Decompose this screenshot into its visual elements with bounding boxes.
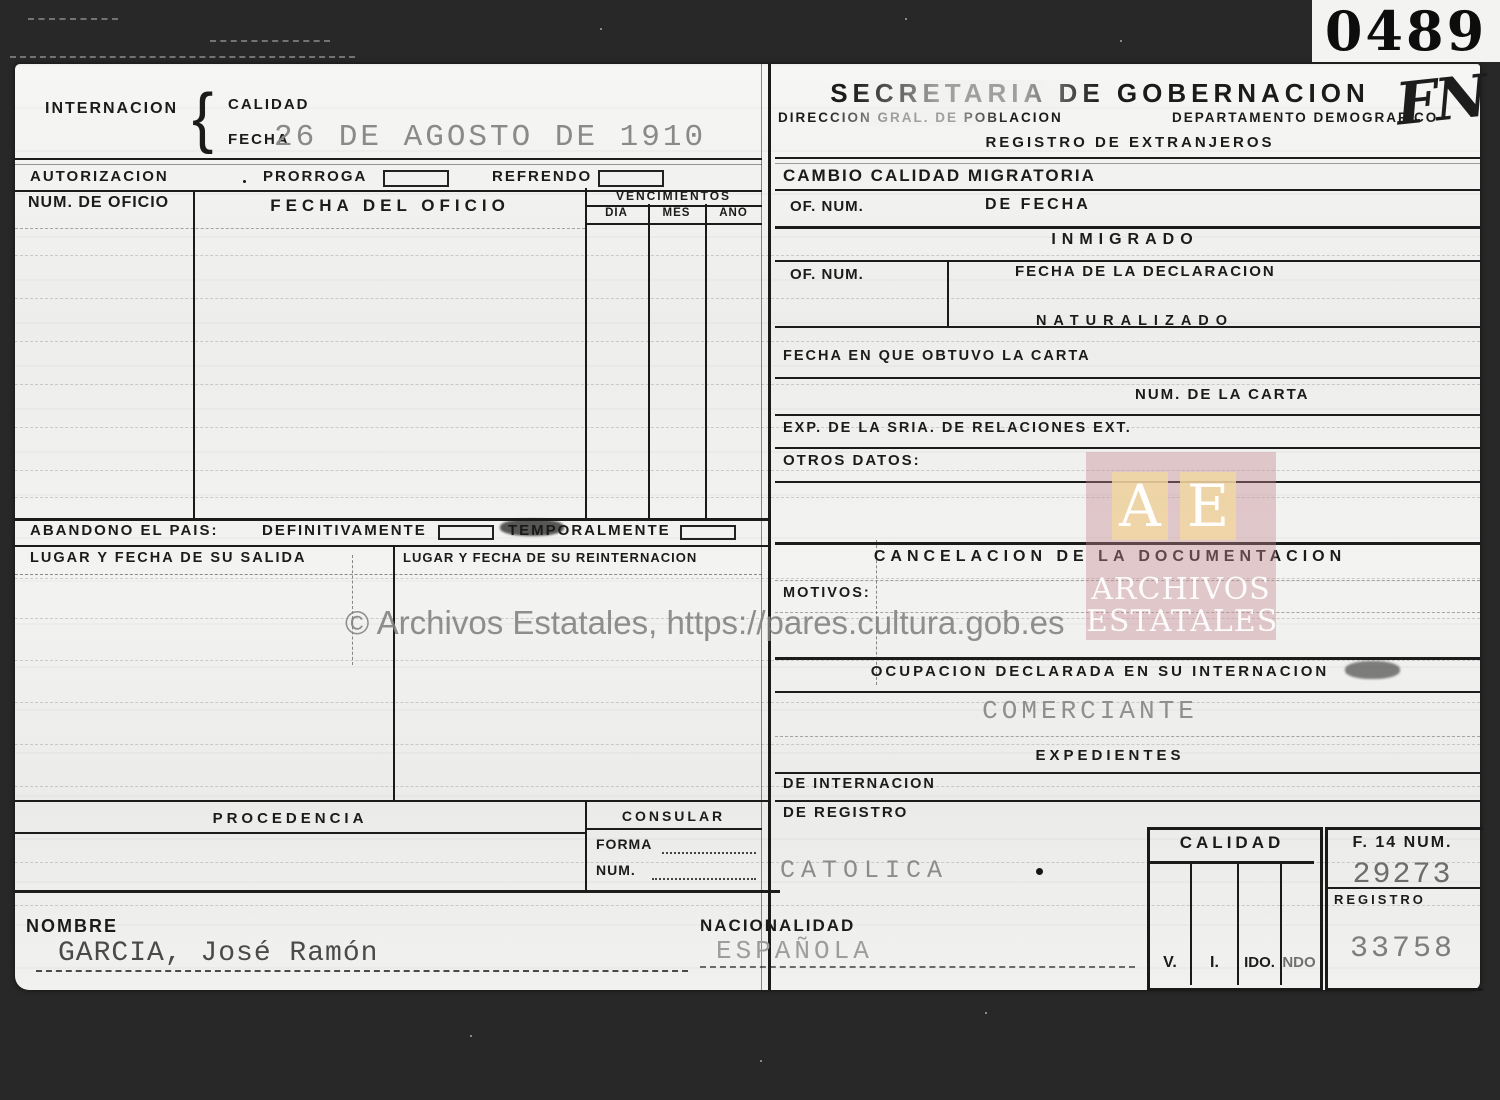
table-line [585, 223, 762, 225]
consular-label: CONSULAR [585, 808, 762, 824]
dust-speck [1120, 40, 1122, 42]
calidad-ndo-label: NDO [1281, 954, 1317, 971]
brace-glyph: { [192, 78, 213, 156]
section-line [775, 800, 1480, 802]
calidad-box-line [1150, 861, 1314, 864]
num-carta-label: NUM. DE LA CARTA [1135, 386, 1310, 403]
ink-smudge [1345, 661, 1400, 679]
otros-datos-label: OTROS DATOS: [783, 452, 921, 469]
num-oficio-label: NUM. DE OFICIO [28, 194, 169, 212]
page-number-box: 0489 [1312, 0, 1500, 62]
nombre-value: GARCIA, José Ramón [58, 938, 378, 969]
fecha-declaracion-label: FECHA DE LA DECLARACION [1015, 263, 1276, 280]
fecha-value: 26 DE AGOSTO DE 1910 [274, 120, 706, 155]
table-column-line [393, 545, 395, 800]
nombre-label: NOMBRE [26, 916, 118, 937]
ruled-line [15, 255, 1480, 256]
de-internacion-label: DE INTERNACION [783, 776, 936, 792]
table-column-line [193, 190, 195, 518]
calidad-i-label: I. [1192, 954, 1237, 972]
section-line [775, 736, 1480, 737]
section-line [775, 447, 1480, 449]
ocupacion-value: COMERCIANTE [900, 696, 1280, 726]
nombre-line [36, 970, 688, 972]
section-line [775, 163, 1480, 164]
section-line [15, 832, 585, 834]
section-line [775, 414, 1480, 416]
scanned-document-background: 0489 FN SECRETARIA DE GOBERNACION DIRECC… [0, 0, 1500, 1100]
calidad-v-label: V. [1150, 954, 1190, 972]
logo-word-archivos: ARCHIVOS [1086, 572, 1276, 607]
dust-speck [985, 1012, 987, 1014]
registro-value: 33758 [1325, 932, 1480, 966]
table-column-line [705, 204, 707, 518]
calidad-box-label: CALIDAD [1147, 833, 1317, 853]
table-line [15, 574, 762, 575]
de-registro-label: DE REGISTRO [783, 804, 908, 821]
ink-dot [1036, 868, 1043, 875]
internacion-label: INTERNACION [45, 100, 178, 118]
ruled-line [15, 786, 1480, 787]
autorizacion-label: AUTORIZACION [30, 168, 169, 185]
procedencia-label: PROCEDENCIA [130, 810, 450, 827]
consular-box-line [585, 828, 762, 830]
fecha-carta-label: FECHA EN QUE OBTUVO LA CARTA [783, 348, 1091, 364]
ink-smudge [500, 519, 564, 536]
section-line [15, 158, 762, 160]
table-column-line [648, 204, 650, 518]
copyright-watermark: © Archivos Estatales, https://pares.cult… [345, 604, 1065, 642]
section-line [775, 691, 1480, 693]
de-fecha-label: DE FECHA [985, 196, 1091, 214]
nacionalidad-value: ESPAÑOLA [716, 936, 873, 966]
ruled-line [15, 384, 1480, 385]
logo-word-estatales: ESTATALES [1086, 604, 1276, 639]
header-registro-extranjeros: REGISTRO DE EXTRANJEROS [900, 134, 1360, 151]
ink-fade [820, 108, 1010, 126]
ink-dot [243, 180, 246, 183]
f14-num-label: F. 14 NUM. [1325, 834, 1480, 852]
panel-divider [768, 64, 771, 990]
scratch-mark [28, 18, 118, 20]
table-column-line [585, 188, 587, 518]
archivos-estatales-logo: A E ARCHIVOS ESTATALES [1086, 452, 1276, 640]
scratch-mark [210, 40, 330, 42]
section-line [15, 518, 768, 521]
definitivamente-label: DEFINITIVAMENTE [262, 522, 427, 539]
temporalmente-checkbox [680, 525, 736, 540]
f14-num-value: 29273 [1325, 858, 1480, 892]
ink-fade [850, 80, 1100, 108]
of-num-label: OF. NUM. [790, 198, 864, 215]
religion-value: CATOLICA [780, 856, 948, 885]
abandono-label: ABANDONO EL PAIS: [30, 522, 218, 539]
section-line [775, 226, 1480, 229]
table-line [15, 228, 585, 229]
section-line [15, 890, 780, 893]
section-line [775, 189, 1480, 191]
mes-column-header: MES [648, 207, 705, 219]
section-line [15, 164, 762, 165]
ano-column-header: AÑO [705, 207, 762, 219]
inmigrado-label: INMIGRADO [900, 231, 1350, 249]
prorroga-label: PRORROGA [263, 168, 367, 185]
reinternacion-label: LUGAR Y FECHA DE SU REINTERNACION [403, 550, 697, 565]
logo-letter-e: E [1180, 472, 1236, 540]
section-line [775, 157, 1480, 159]
ruled-line [15, 298, 1480, 299]
naturalizado-label: NATURALIZADO [900, 313, 1370, 329]
logo-letter-a: A [1112, 472, 1168, 540]
ocupacion-label: OCUPACION DECLARADA EN SU INTERNACION [800, 663, 1400, 680]
expedientes-label: EXPEDIENTES [900, 747, 1320, 764]
ruled-line [15, 341, 1480, 342]
of-num2-label: OF. NUM. [790, 266, 864, 283]
ruled-line [15, 660, 1480, 661]
section-line [15, 800, 768, 802]
scratch-mark [10, 56, 355, 58]
section-line [775, 657, 1480, 660]
forma-dotted-line [662, 852, 756, 854]
section-line [775, 260, 1480, 262]
definitivamente-checkbox [438, 525, 494, 540]
exp-sria-label: EXP. DE LA SRIA. DE RELACIONES EXT. [783, 420, 1132, 436]
section-line [775, 772, 1480, 774]
page-number: 0489 [1325, 0, 1487, 63]
calidad-label: CALIDAD [228, 96, 310, 113]
refrendo-checkbox [598, 170, 664, 187]
salida-label: LUGAR Y FECHA DE SU SALIDA [30, 550, 307, 566]
num-dotted-line [652, 878, 756, 880]
dust-speck [905, 18, 907, 20]
num-label: NUM. [596, 862, 636, 878]
motivos-label: MOTIVOS: [783, 585, 871, 601]
dust-speck [760, 1060, 762, 1062]
dust-speck [600, 28, 602, 30]
dust-speck [470, 1035, 472, 1037]
fecha-oficio-label: FECHA DEL OFICIO [200, 196, 580, 216]
ruled-line [15, 427, 1480, 428]
calidad-ido-label: IDO. [1239, 954, 1280, 971]
dia-column-header: DIA [585, 207, 648, 219]
section-line [15, 545, 768, 547]
prorroga-checkbox [383, 170, 449, 187]
refrendo-label: REFRENDO [492, 168, 592, 185]
section-line [775, 377, 1480, 379]
handwritten-mark: FN [1393, 61, 1490, 138]
cambio-calidad-label: CAMBIO CALIDAD MIGRATORIA [783, 166, 1096, 186]
nacionalidad-line [700, 966, 1135, 968]
forma-label: FORMA [596, 836, 652, 852]
ruled-line [15, 744, 1480, 745]
vencimientos-label: VENCIMIENTOS [585, 189, 762, 203]
nacionalidad-label: NACIONALIDAD [700, 916, 855, 936]
registro-label: REGISTRO [1334, 892, 1426, 907]
